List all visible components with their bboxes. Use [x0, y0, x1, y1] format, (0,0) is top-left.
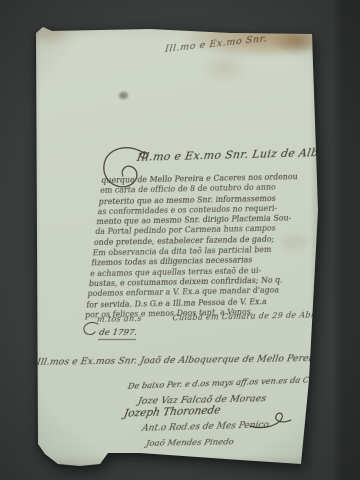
- signature-2: Jozeph Thoronede: [123, 405, 222, 420]
- date-year-line: de 1797.: [98, 328, 138, 340]
- salutation-line: Ill.mo e Ex.mo Snr. Luiz de Albu-: [136, 146, 319, 164]
- closing-place-date: Cuiabá em Camara de 29 de Abril: [172, 310, 319, 322]
- address-line: Ill.mos e Ex.mos Snr. Joaõ de Alboquerqu…: [36, 352, 319, 368]
- signature-closing-formula: De baixo Per. e d.os mays aff.os ven.es …: [127, 374, 319, 391]
- letter-body: querque de Mello Pereira e Caceres nos o…: [85, 172, 318, 321]
- paper-stain-faint: [203, 54, 247, 82]
- signature-4: Joaõ Mendes Pinedo: [145, 437, 235, 449]
- paraph-mark-icon: [82, 321, 100, 337]
- closing-muitos-annos: m.tos an.s: [96, 314, 142, 324]
- docket-header: Ill.mo e Ex.mo Snr.: [164, 33, 267, 55]
- signature-3: Ant.o Rod.es de Mes Penico: [141, 420, 270, 434]
- manuscript-page: Ill.mo e Ex.mo Snr. Ill.mo e Ex.mo Snr. …: [34, 26, 319, 467]
- ink-smudge-spot: [119, 92, 128, 99]
- manuscript-page-wrap: Ill.mo e Ex.mo Snr. Ill.mo e Ex.mo Snr. …: [34, 26, 319, 467]
- paper-stain-top-core: [272, 30, 319, 54]
- photo-background: Ill.mo e Ex.mo Snr. Ill.mo e Ex.mo Snr. …: [0, 0, 360, 480]
- paper-stain-corner: [34, 26, 76, 46]
